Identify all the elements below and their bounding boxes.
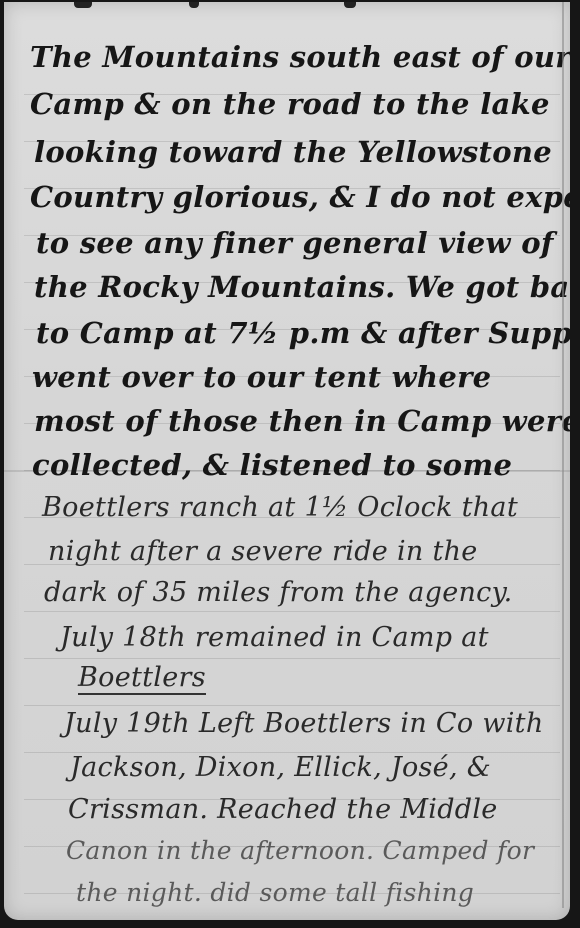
handwritten-line: Country glorious, & I do not expect: [30, 180, 570, 214]
handwritten-line: the Rocky Mountains. We got back: [34, 270, 570, 304]
handwritten-line: Camp & on the road to the lake: [30, 87, 550, 121]
handwritten-line: July 19th Left Boettlers in Co with: [64, 708, 544, 739]
ruled-line: [24, 705, 560, 706]
handwritten-line: most of those then in Camp were: [34, 404, 570, 438]
handwritten-line-underlined: Boettlers: [78, 662, 206, 695]
handwritten-line: Jackson, Dixon, Ellick, José, &: [70, 752, 491, 783]
binding-mark: [344, 2, 356, 8]
photo-frame: The Mountains south east of our Camp & o…: [0, 0, 580, 928]
handwritten-line: looking toward the Yellowstone: [34, 135, 552, 169]
handwritten-line: Crissman. Reached the Middle: [68, 794, 498, 825]
handwritten-line: Canon in the afternoon. Camped for: [66, 836, 534, 865]
ruled-line: [24, 611, 560, 612]
handwritten-line: the night. did some tall fishing: [76, 878, 474, 907]
binding-mark: [74, 2, 92, 8]
diary-page: The Mountains south east of our Camp & o…: [4, 2, 570, 920]
handwritten-line: collected, & listened to some: [32, 448, 512, 482]
handwritten-line: night after a severe ride in the: [48, 536, 478, 567]
handwritten-line: July 18th remained in Camp at: [60, 622, 489, 653]
handwritten-line: to Camp at 7½ p.m & after Supper: [36, 316, 570, 350]
handwritten-line: The Mountains south east of our: [30, 40, 570, 74]
handwritten-line: went over to our tent where: [32, 360, 491, 394]
binding-mark: [189, 2, 199, 8]
handwritten-line: Boettlers ranch at 1½ Oclock that: [42, 492, 518, 523]
handwritten-line: to see any finer general view of: [36, 226, 554, 260]
ruled-line: [24, 658, 560, 659]
handwritten-line: dark of 35 miles from the agency.: [44, 577, 512, 608]
